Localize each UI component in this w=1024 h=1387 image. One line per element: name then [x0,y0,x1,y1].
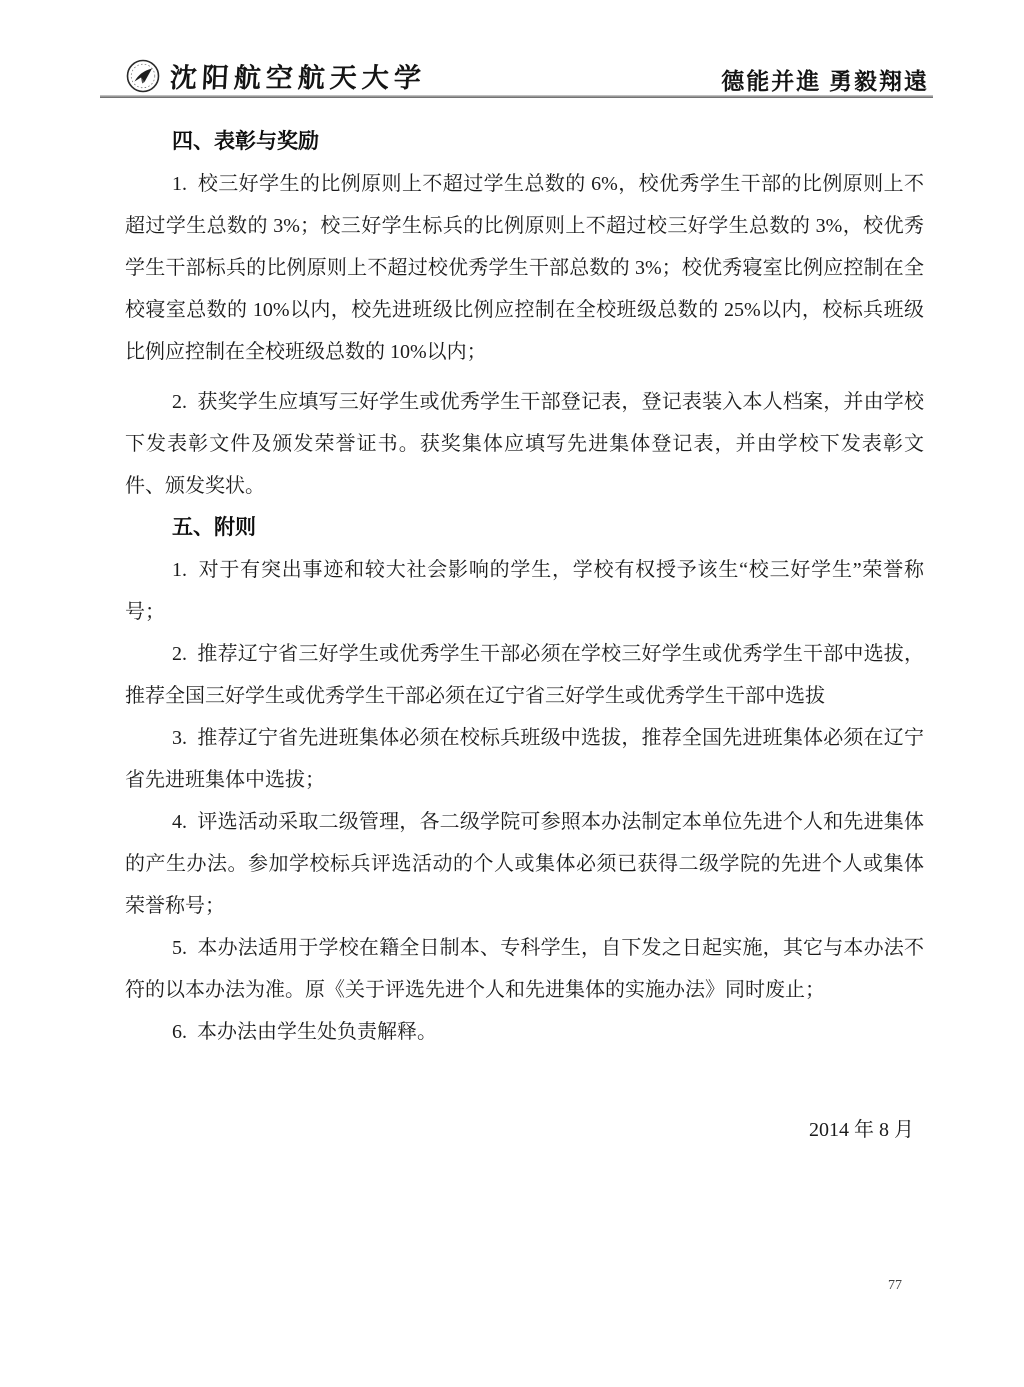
university-motto: 德能并進 勇毅翔遠 [721,63,929,96]
paragraph-commendation-2: 2. 获奖学生应填写三好学生或优秀学生干部登记表，登记表装入本人档案，并由学校下… [125,381,924,507]
paragraph-supplementary-2: 2. 推荐辽宁省三好学生或优秀学生干部必须在学校三好学生或优秀学生干部中选拔，推… [125,633,924,717]
document-page: 沈阳航空航天大学 德能并進 勇毅翔遠 四、表彰与奖励 1. 校三好学生的比例原则… [0,0,1024,1387]
university-name: 沈阳航空航天大学 [169,56,427,95]
document-date: 2014 年 8 月 [125,1109,924,1151]
document-content: 四、表彰与奖励 1. 校三好学生的比例原则上不超过学生总数的 6%，校优秀学生干… [125,121,924,1151]
paragraph-supplementary-6: 6. 本办法由学生处负责解释。 [125,1011,924,1053]
paragraph-supplementary-4: 4. 评选活动采取二级管理，各二级学院可参照本办法制定本单位先进个人和先进集体的… [125,801,924,927]
section-heading-supplementary: 五、附则 [125,507,924,549]
section-heading-commendation: 四、表彰与奖励 [125,121,924,163]
paragraph-supplementary-1: 1. 对于有突出事迹和较大社会影响的学生，学校有权授予该生“校三好学生”荣誉称号… [125,549,924,633]
university-seal-icon [126,59,160,93]
paragraph-supplementary-5: 5. 本办法适用于学校在籍全日制本、专科学生，自下发之日起实施，其它与本办法不符… [125,927,924,1011]
header-brand: 沈阳航空航天大学 [126,56,426,95]
page-number: 77 [888,1278,902,1294]
header-divider [100,95,933,98]
paragraph-commendation-1: 1. 校三好学生的比例原则上不超过学生总数的 6%，校优秀学生干部的比例原则上不… [125,163,924,373]
paragraph-supplementary-3: 3. 推荐辽宁省先进班集体必须在校标兵班级中选拔，推荐全国先进班集体必须在辽宁省… [125,717,924,801]
